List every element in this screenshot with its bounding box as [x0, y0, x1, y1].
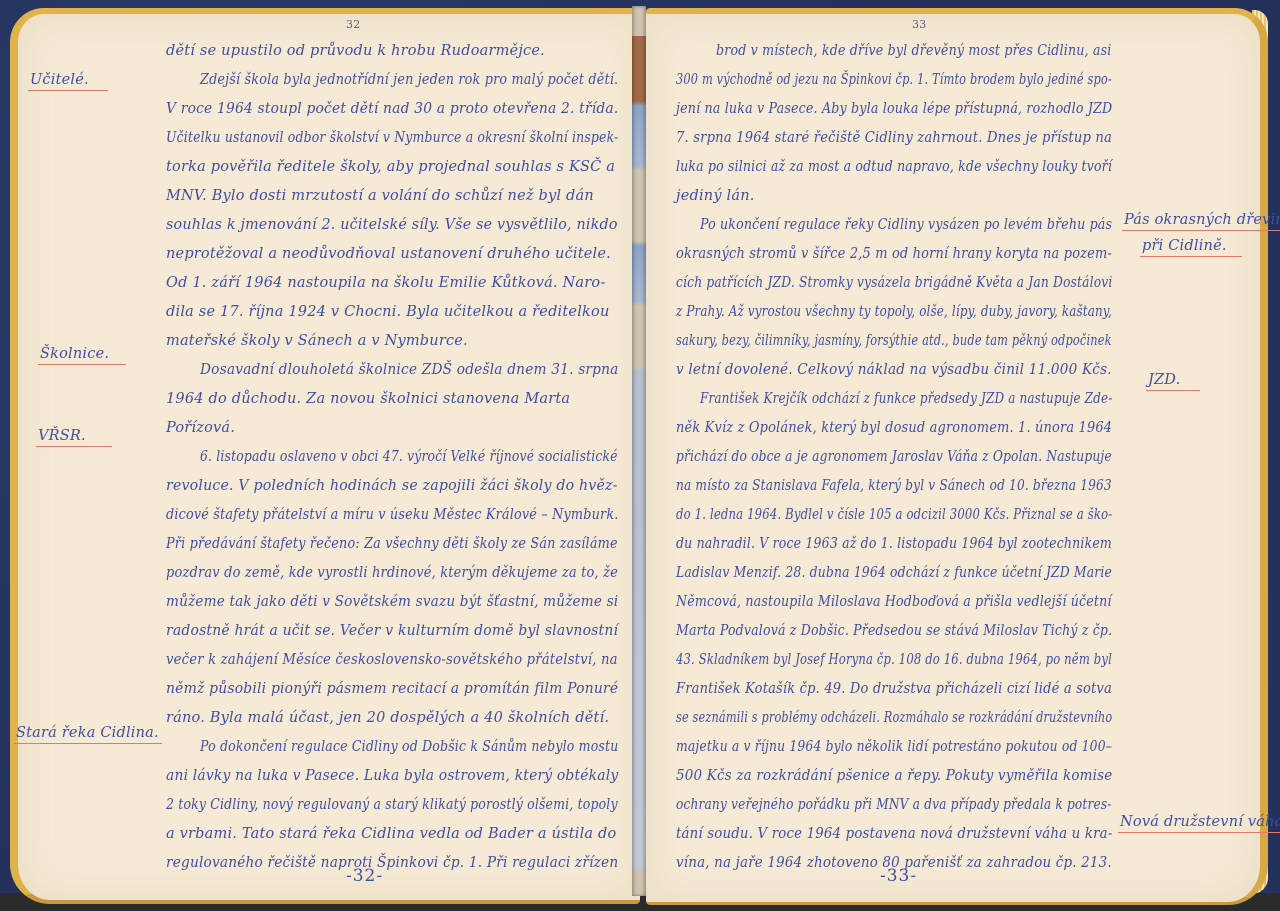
text-line: 1964 do důchodu. Za novou školnici stano…	[166, 391, 570, 407]
margin-heading: Nová družstevní váha.	[1118, 814, 1280, 833]
margin-heading: Pás okrasných dřevin	[1122, 212, 1280, 231]
text-line: Dosavadní dlouholetá školnice ZDŠ odešla…	[200, 362, 619, 378]
book-spine-binding	[632, 6, 646, 896]
margin-heading: JZD.	[1146, 372, 1200, 391]
text-line: Ladislav Menzif. 28. dubna 1964 odchází …	[676, 565, 1112, 581]
text-line: přichází do obce a je agronomem Jaroslav…	[676, 449, 1112, 465]
text-line: Učitelku ustanovil odbor školství v Nymb…	[166, 130, 618, 146]
text-line: okrasných stromů v šířce 2,5 m od horní …	[676, 246, 1112, 262]
text-line: neprotěžoval a neodůvodňoval ustanovení …	[166, 246, 611, 262]
text-line: z Prahy. Až vyrostou všechny ty topoly, …	[676, 304, 1112, 320]
text-line: 500 Kčs za rozkrádání pšenice a řepy. Po…	[676, 768, 1112, 784]
text-line: vína, na jaře 1964 zhotoveno 80 pařenišť…	[676, 855, 1112, 871]
margin-heading: Stará řeka Cidlina.	[14, 725, 162, 744]
text-line: 300 m východně od jezu na Špinkovi čp. 1…	[676, 72, 1112, 88]
text-line: Po dokončení regulace Cidliny od Dobšic …	[200, 739, 618, 755]
text-line: František Krejčík odchází z funkce předs…	[700, 391, 1112, 407]
margin-heading: při Cidlině.	[1140, 238, 1242, 257]
text-line: večer k zahájení Měsíce československo-s…	[166, 652, 618, 668]
text-line: 7. srpna 1964 staré řečiště Cidliny zahr…	[676, 130, 1112, 146]
text-line: Zdejší škola byla jednotřídní jen jeden …	[200, 72, 618, 88]
text-line: František Kotašík čp. 49. Do družstva př…	[676, 681, 1112, 697]
text-line: němž působili pionýři pásmem recitací a …	[166, 681, 618, 697]
text-line: mateřské školy v Sánech a v Nymburce.	[166, 333, 468, 349]
text-line: V roce 1964 stoupl počet dětí nad 30 a p…	[166, 101, 618, 117]
left-page-number-top: 32	[346, 18, 360, 31]
text-line: souhlas k jmenování 2. učitelské síly. V…	[166, 217, 618, 233]
text-line: a vrbami. Tato stará řeka Cidlina vedla …	[166, 826, 616, 842]
text-line: 2 toky Cidliny, nový regulovaný a starý …	[166, 797, 618, 813]
text-line: revoluce. V poledních hodinách se zapoji…	[166, 478, 618, 494]
text-line: jení na luka v Pasece. Aby byla louka lé…	[676, 101, 1112, 117]
text-line: ani lávky na luka v Pasece. Luka byla os…	[166, 768, 618, 784]
text-line: luka po silnici až za most a odtud napra…	[676, 159, 1112, 175]
text-line: dětí se upustilo od průvodu k hrobu Rudo…	[166, 43, 545, 59]
margin-heading: Učitelé.	[28, 72, 108, 91]
text-line: se seznámili s problémy odcházeli. Rozmá…	[676, 710, 1112, 726]
text-line: majetku a v říjnu 1964 bylo několik lidí…	[676, 739, 1112, 755]
margin-heading: Školnice.	[38, 346, 126, 365]
text-line: můžeme tak jako děti v Sovětském svazu b…	[166, 594, 618, 610]
text-line: brod v místech, kde dříve byl dřevěný mo…	[716, 43, 1111, 59]
text-line: pozdrav do země, kde vyrostli hrdinové, …	[166, 565, 618, 581]
text-line: Po ukončení regulace řeky Cidliny vysáze…	[700, 217, 1112, 233]
text-line: tání soudu. V roce 1964 postavena nová d…	[676, 826, 1112, 842]
text-line: torka pověřila ředitele školy, aby proje…	[166, 159, 615, 175]
text-line: Marta Podvalová z Dobšic. Předsedou se s…	[676, 623, 1112, 639]
text-line: du nahradil. V roce 1963 až do 1. listop…	[676, 536, 1112, 552]
text-line: něk Kvíz z Opolánek, který byl dosud agr…	[676, 420, 1112, 436]
text-line: ráno. Byla malá účast, jen 20 dospělých …	[166, 710, 609, 726]
text-line: Němcová, nastoupila Miloslava Hodboďová …	[676, 594, 1112, 610]
text-line: Pořízová.	[166, 420, 235, 436]
text-line: dicové štafety přátelství a míru v úseku…	[166, 507, 619, 523]
text-line: ochrany veřejného pořádku při MNV a dva …	[676, 797, 1112, 813]
text-line: radostně hrát a učit se. Večer v kulturn…	[166, 623, 618, 639]
text-line: regulovaného řečiště naproti Špinkovi čp…	[166, 855, 618, 871]
text-line: jediný lán.	[676, 188, 755, 204]
text-line: cích patřících JZD. Stromky vysázela bri…	[676, 275, 1112, 291]
text-line: Při předávání štafety řečeno: Za všechny…	[166, 536, 618, 552]
text-line: v letní dovolené. Celkový náklad na výsa…	[676, 362, 1112, 378]
margin-heading: VŘSR.	[36, 428, 112, 447]
text-line: 6. listopadu oslaveno v obci 47. výročí …	[200, 449, 618, 465]
text-line: na místo za Stanislava Fafela, který byl…	[676, 478, 1112, 494]
text-line: MNV. Bylo dosti mrzutostí a volání do sc…	[166, 188, 594, 204]
text-line: sakury, bezy, čilimníky, jasmíny, forsýt…	[676, 333, 1112, 349]
text-line: dila se 17. října 1924 v Chocni. Byla uč…	[166, 304, 610, 320]
right-page-number-top: 33	[912, 18, 926, 31]
text-line: Od 1. září 1964 nastoupila na školu Emil…	[166, 275, 605, 291]
text-line: do 1. ledna 1964. Bydlel v čísle 105 a o…	[676, 507, 1112, 523]
text-line: 43. Skladníkem byl Josef Horyna čp. 108 …	[676, 652, 1112, 668]
